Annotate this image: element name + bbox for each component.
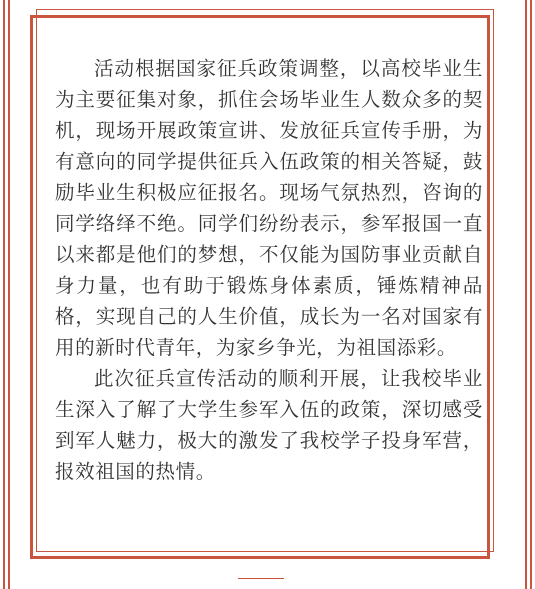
article-paragraph-1: 活动根据国家征兵政策调整，以高校毕业生为主要征集对象，抓住会场毕业生人数众多的契… [55, 53, 483, 363]
left-outer-thin-border-line [8, 0, 10, 589]
right-outer-thin-border-line [525, 0, 527, 589]
page: 活动根据国家征兵政策调整，以高校毕业生为主要征集对象，抓住会场毕业生人数众多的契… [0, 0, 535, 589]
article-paragraph-2: 此次征兵宣传活动的顺利开展，让我校毕业生深入了解了大学生参军入伍的政策，深切感受… [55, 363, 483, 487]
bottom-decorative-line [238, 578, 284, 579]
article-body: 活动根据国家征兵政策调整，以高校毕业生为主要征集对象，抓住会场毕业生人数众多的契… [55, 53, 483, 487]
left-outer-thick-border-line [3, 0, 5, 589]
right-outer-thick-border-line [530, 0, 532, 589]
